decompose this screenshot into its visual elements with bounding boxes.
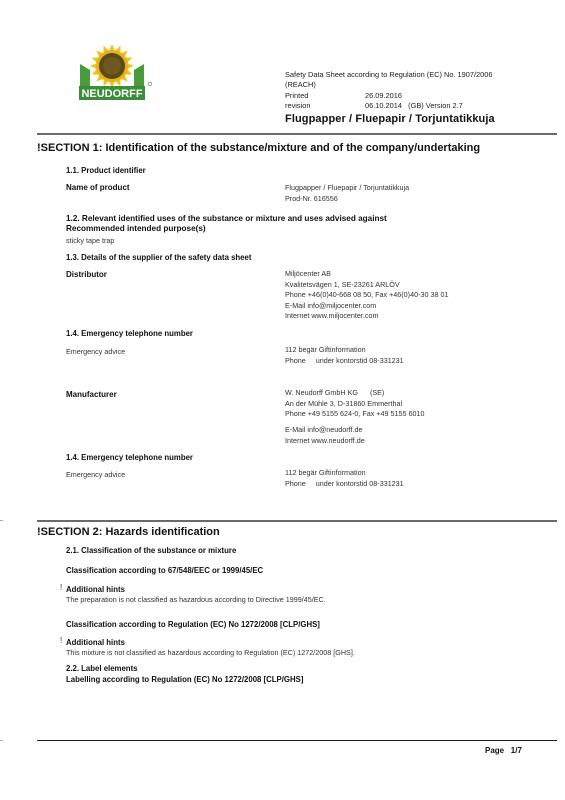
section-1-heading: !SECTION 1: Identification of the substa… [37,142,480,154]
emergency-line: 112 begär Giftinformation [285,345,404,356]
margin-mark [0,740,3,741]
revision-label: revision [285,101,365,110]
labelling-heading: Labelling according to Regulation (EC) N… [66,675,303,684]
product-number-line: Prod-Nr. 616556 [285,194,409,205]
distributor-details: Miljöcenter AB Kvalitetsvägen 1, SE-2326… [285,269,448,322]
footer-divider [37,740,557,741]
neudorff-logo: NEUDORFF [66,42,158,102]
product-title: Flugpapper / Fluepapir / Torjuntatikkuja [285,113,495,125]
manufacturer-phone: Phone +49 5155 624-0, Fax +49 5155 6010 [285,409,424,420]
recommended-purpose-label: Recommended intended purpose(s) [66,224,206,233]
name-of-product-value: Flugpapper / Fluepapir / Torjuntatikkuja… [285,183,409,204]
revision-value: 06.10.2014 (GB) Version 2.7 [365,101,463,110]
manufacturer-name: W. Neudorff GmbH KG (SE) [285,388,424,399]
margin-mark [0,520,3,521]
emergency-advice-2-label: Emergency advice [66,470,125,479]
section-2-heading: !SECTION 2: Hazards identification [37,526,220,538]
additional-hints-2-text: This mixture is not classified as hazard… [66,648,355,657]
emergency-advice-value: 112 begär Giftinformation Phone under ko… [285,345,404,366]
emergency-advice-label: Emergency advice [66,347,125,356]
manufacturer-label: Manufacturer [66,390,117,399]
additional-hints-2-label: Additional hints [66,638,125,647]
emergency-advice-2-value: 112 begär Giftinformation Phone under ko… [285,468,404,489]
emergency-phone: Phone under kontorstid 08-331231 [285,356,404,367]
regulation-line-2: (REACH) [285,80,316,90]
distributor-internet: Internet www.miljocenter.com [285,311,448,322]
regulation-line-1: Safety Data Sheet according to Regulatio… [285,70,492,80]
heading-2-1: 2.1. Classification of the substance or … [66,546,236,555]
manufacturer-internet: Internet www.neudorff.de [285,436,365,447]
emergency-2-phone: Phone under kontorstid 08-331231 [285,479,404,490]
recommended-purpose-value: sticky tape trap [66,236,114,245]
additional-hints-1-label: Additional hints [66,585,125,594]
emergency-2-line: 112 begär Giftinformation [285,468,404,479]
distributor-address: Kvalitetsvägen 1, SE-23261 ARLÖV [285,280,448,291]
heading-1-4: 1.4. Emergency telephone number [66,329,193,338]
heading-1-4-manufacturer: 1.4. Emergency telephone number [66,453,193,462]
printed-row: Printed26.09.2016 [285,91,402,100]
manufacturer-details: W. Neudorff GmbH KG (SE) An der Mühle 3,… [285,388,424,420]
classification-eec-heading: Classification according to 67/548/EEC o… [66,566,263,575]
manufacturer-email: E-Mail info@neudorff.de [285,425,365,436]
revision-row: revision06.10.2014 (GB) Version 2.7 [285,101,463,110]
product-name-line: Flugpapper / Fluepapir / Torjuntatikkuja [285,183,409,194]
header-divider [37,133,557,135]
distributor-phone: Phone +46(0)40-668 08 50, Fax +46(0)40-3… [285,290,448,301]
sunflower-logo-icon: NEUDORFF [66,42,158,102]
section-2-divider [37,520,557,522]
additional-hints-1-text: The preparation is not classified as haz… [66,595,326,604]
classification-clp-heading: Classification according to Regulation (… [66,620,320,629]
manufacturer-address: An der Mühle 3, D-31860 Emmerthal [285,399,424,410]
manufacturer-contact: E-Mail info@neudorff.de Internet www.neu… [285,425,365,446]
page-number: Page 1/7 [485,746,522,755]
heading-1-1: 1.1. Product identifier [66,166,146,175]
heading-1-3: 1.3. Details of the supplier of the safe… [66,253,251,262]
distributor-email: E-Mail info@miljocenter.com [285,301,448,312]
printed-label: Printed [285,91,365,100]
heading-1-2: 1.2. Relevant identified uses of the sub… [66,214,387,223]
heading-2-2: 2.2. Label elements [66,664,138,673]
distributor-label: Distributor [66,270,107,279]
name-of-product-label: Name of product [66,183,130,192]
change-marker: ! [60,583,62,592]
printed-date: 26.09.2016 [365,91,402,100]
logo-text: NEUDORFF [81,88,142,100]
change-marker: ! [60,636,62,645]
distributor-name: Miljöcenter AB [285,269,448,280]
